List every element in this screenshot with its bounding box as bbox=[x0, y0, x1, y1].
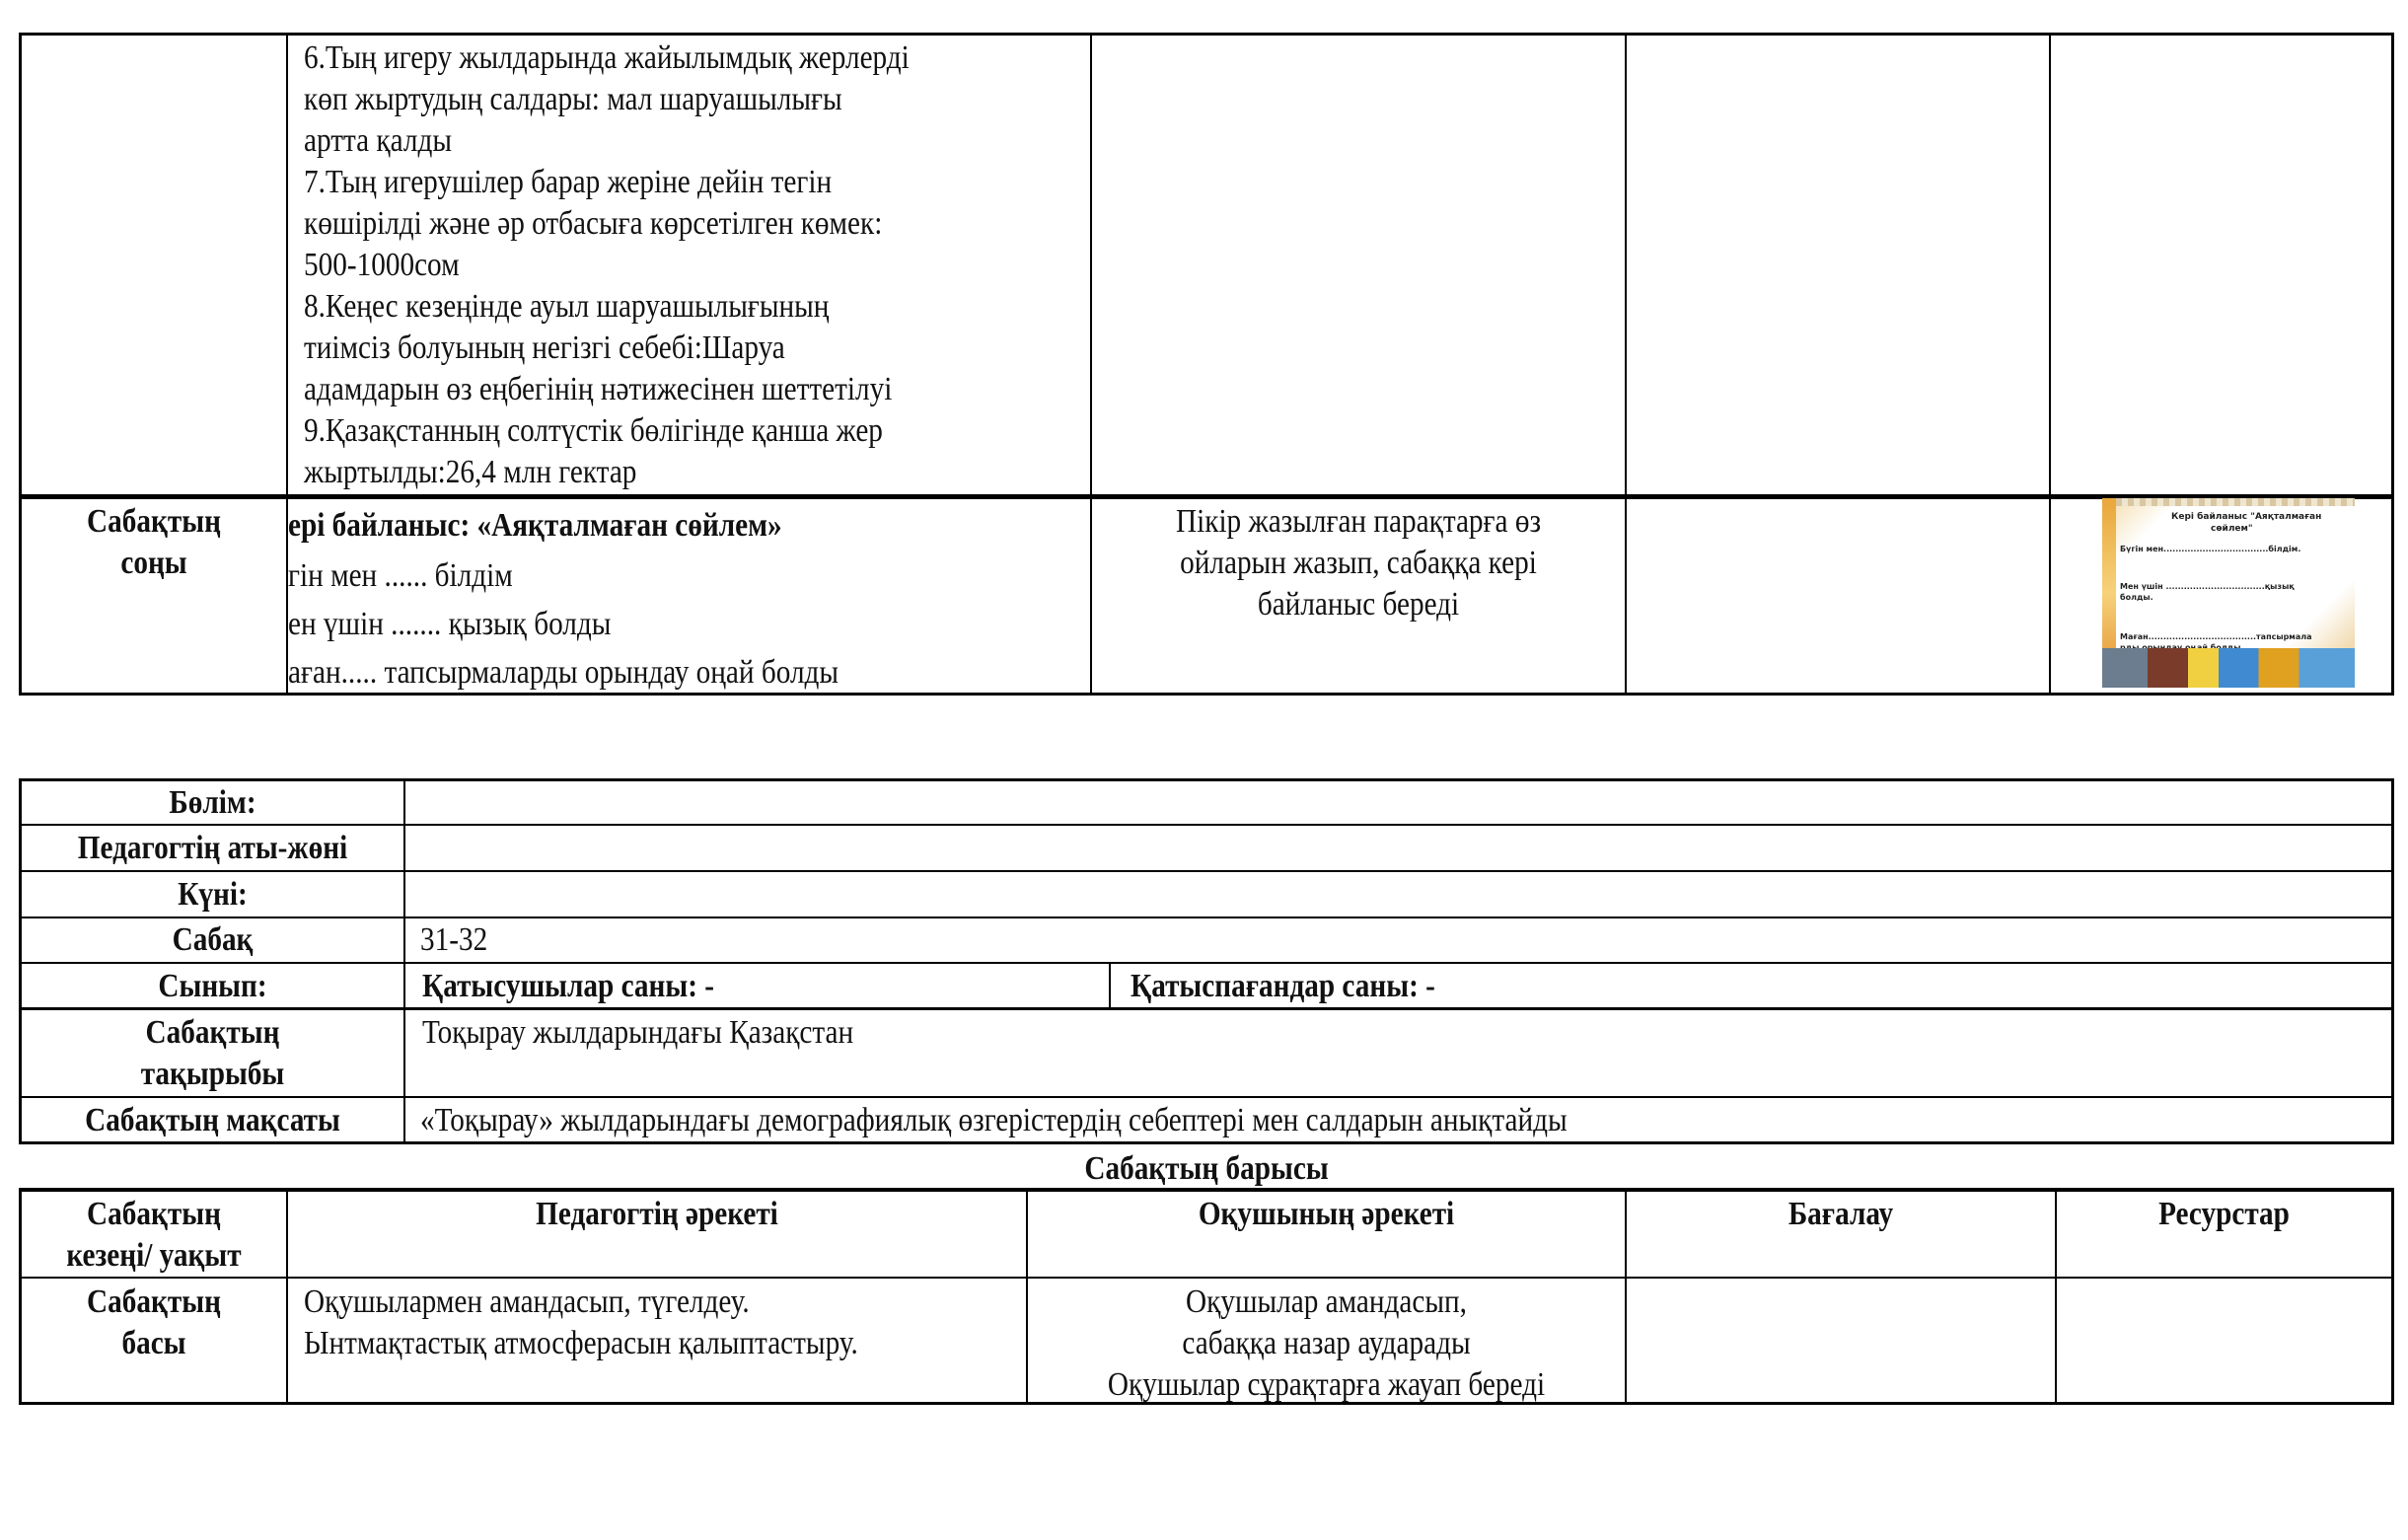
value-objective: «Тоқырау» жылдарындағы демографиялық өзг… bbox=[420, 1100, 1568, 1141]
label-class: Сынып: bbox=[48, 966, 377, 1007]
cell-text-line: адамдарын өз еңбегінің нәтижесінен шетте… bbox=[304, 369, 892, 410]
cell-text-line: көп жыртудың салдары: мал шаруашылығы bbox=[304, 79, 842, 120]
table-border-left bbox=[19, 33, 22, 696]
column-divider bbox=[403, 778, 405, 1144]
school-supplies-illustration bbox=[2102, 648, 2355, 688]
cell-text-line: 6.Тың игеру жылдарында жайылымдық жерлер… bbox=[304, 37, 910, 79]
label-section: Бөлім: bbox=[48, 782, 377, 824]
image-text: болды. bbox=[2120, 592, 2153, 603]
row-divider bbox=[19, 1007, 2394, 1010]
stage-label: басы bbox=[40, 1323, 267, 1364]
stage-label: соңы bbox=[40, 543, 267, 584]
row-divider bbox=[19, 962, 2394, 964]
cell-text-line: Пікір жазылған парақтарға өз bbox=[1130, 501, 1587, 543]
table-border-top bbox=[19, 778, 2394, 781]
cell-text-line: артта қалды bbox=[304, 120, 452, 162]
header-stage: кезеңі/ уақыт bbox=[40, 1235, 267, 1277]
table-border-top bbox=[19, 33, 2394, 36]
image-text: сөйлем" bbox=[2211, 524, 2253, 535]
column-divider bbox=[2055, 1188, 2057, 1405]
decorative-border bbox=[2116, 498, 2355, 506]
column-divider bbox=[286, 1188, 288, 1405]
row-divider bbox=[19, 870, 2394, 872]
teacher-activity-cell: ері байланыс: «Аяқталмаған сөйлем» гін м… bbox=[288, 499, 1090, 693]
image-text: Бүгін мен...............................… bbox=[2120, 544, 2300, 554]
label-date: Күні: bbox=[48, 874, 377, 916]
label-topic: тақырыбы bbox=[48, 1054, 377, 1095]
column-divider bbox=[1109, 962, 1111, 1009]
stage-label: Сабақтың bbox=[40, 1282, 267, 1323]
header-divider bbox=[19, 1277, 2394, 1279]
row-divider bbox=[19, 824, 2394, 826]
process-title: Сабақтың барысы bbox=[185, 1148, 2228, 1190]
feedback-card-image: Кері байланыс "Аяқталмаған сөйлем" Бүгін… bbox=[2102, 498, 2355, 688]
table-border-right bbox=[2391, 33, 2394, 696]
header-teacher-activity: Педагогтің әрекеті bbox=[339, 1194, 974, 1235]
cell-text-line: тиімсіз болуының негізгі себебі:Шаруа bbox=[304, 328, 785, 369]
feedback-line: аған..... тапсырмаларды орындау оңай бол… bbox=[288, 652, 839, 693]
cell-text-line: ойларын жазып, сабаққа кері bbox=[1130, 543, 1587, 584]
label-lesson: Сабақ bbox=[48, 919, 377, 961]
student-activity-line: Оқушылар сұрақтарға жауап береді bbox=[1069, 1364, 1582, 1406]
feedback-title: ері байланыс: «Аяқталмаған сөйлем» bbox=[288, 505, 782, 547]
cell-text-line: жыртылды:26,4 млн гектар bbox=[304, 452, 636, 493]
header-assessment: Бағалау bbox=[1656, 1194, 2024, 1235]
teacher-activity-line: Ынтмақтастық атмосферасын қалыптастыру. bbox=[304, 1323, 858, 1364]
label-topic: Сабақтың bbox=[48, 1012, 377, 1054]
column-divider bbox=[1625, 33, 1627, 696]
column-divider bbox=[1625, 1188, 1627, 1405]
label-teacher-name: Педагогтің аты-жөні bbox=[48, 828, 377, 869]
column-divider bbox=[1026, 1188, 1028, 1405]
cell-text-line: байланыс береді bbox=[1130, 584, 1587, 625]
table-border-top bbox=[19, 1188, 2394, 1192]
image-text: Маған...................................… bbox=[2120, 631, 2312, 642]
image-text: Мен үшін ...............................… bbox=[2120, 581, 2295, 592]
feedback-line: ен үшін ....... қызық болды bbox=[288, 604, 611, 645]
column-divider bbox=[2049, 33, 2051, 696]
value-topic: Тоқырау жылдарындағы Қазақстан bbox=[422, 1012, 853, 1054]
table-border-left bbox=[19, 778, 22, 1144]
row-divider bbox=[19, 917, 2394, 918]
value-present-count: Қатысушылар саны: - bbox=[422, 966, 714, 1007]
feedback-line: гін мен ...... білдім bbox=[288, 555, 513, 597]
label-objective: Сабақтың мақсаты bbox=[48, 1100, 377, 1141]
cell-text-line: 8.Кеңес кезеңінде ауыл шаруашылығының bbox=[304, 286, 829, 328]
header-resources: Ресурстар bbox=[2080, 1194, 2369, 1235]
value-lesson-number: 31-32 bbox=[420, 919, 487, 961]
table-border-right bbox=[2391, 778, 2394, 1144]
row-divider bbox=[19, 1096, 2394, 1098]
header-student-activity: Оқушының әрекеті bbox=[1069, 1194, 1582, 1235]
cell-text-line: 9.Қазақстанның солтүстік бөлігінде қанша… bbox=[304, 410, 883, 452]
teacher-activity-line: Оқушылармен амандасып, түгелдеу. bbox=[304, 1282, 750, 1323]
student-activity-line: сабаққа назар аударады bbox=[1069, 1323, 1582, 1364]
image-text: Кері байланыс "Аяқталмаған bbox=[2171, 512, 2321, 523]
stage-label: Сабақтың bbox=[40, 501, 267, 543]
cell-text-line: 500-1000сом bbox=[304, 245, 460, 286]
cell-text-line: 7.Тың игерушілер барар жеріне дейін тегі… bbox=[304, 162, 832, 203]
cell-text-line: көшірілді және әр отбасыға көрсетілген к… bbox=[304, 203, 882, 245]
table-border-bottom bbox=[19, 1141, 2394, 1144]
header-stage: Сабақтың bbox=[40, 1194, 267, 1235]
value-absent-count: Қатыспағандар саны: - bbox=[1131, 966, 1435, 1007]
table-border-right bbox=[2391, 1188, 2394, 1405]
student-activity-line: Оқушылар амандасып, bbox=[1069, 1282, 1582, 1323]
column-divider bbox=[1090, 33, 1092, 696]
table-border-bottom bbox=[19, 693, 2394, 696]
table-border-left bbox=[19, 1188, 22, 1405]
